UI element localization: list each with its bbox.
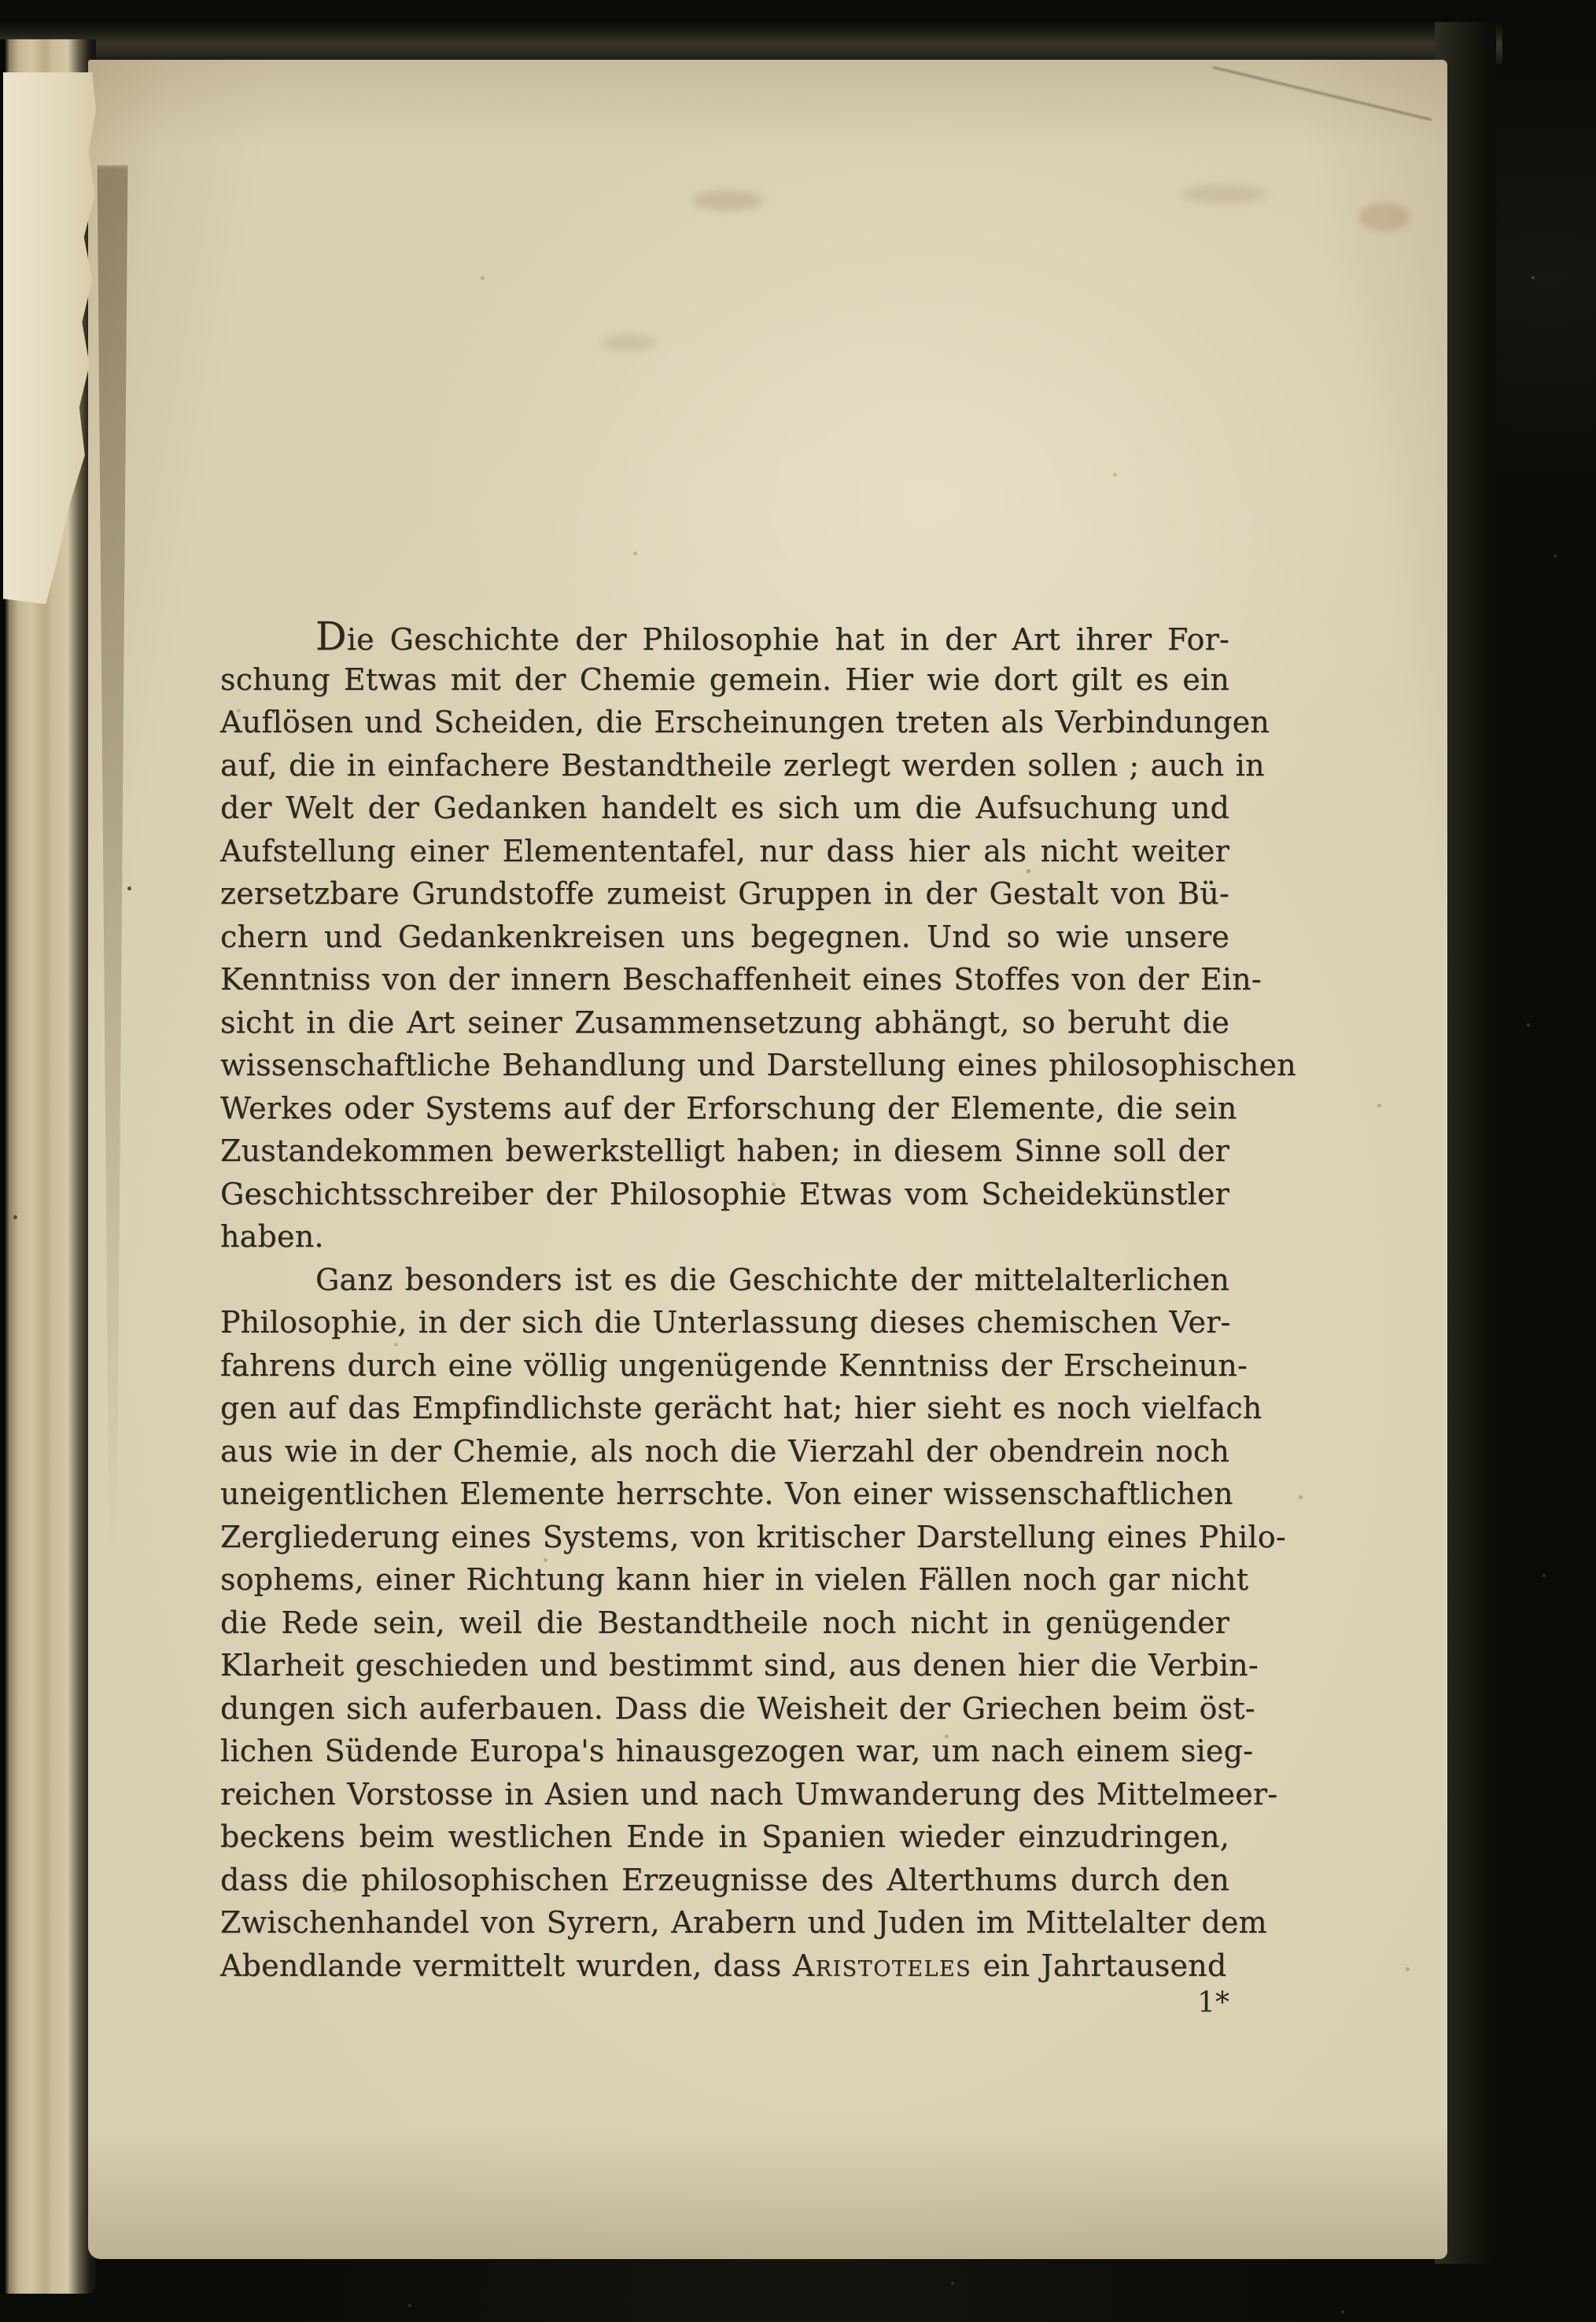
text-segment: Abendlande vermittelt wurden, dass (220, 1948, 793, 1983)
show-through-mark (692, 190, 763, 211)
text-segment: Ganz besonders ist es die Geschichte der… (315, 1262, 1229, 1297)
text-segment: gen auf das Empfindlichste gerächt hat; … (220, 1391, 1262, 1425)
text-line: beckens beim westlichen Ende in Spanien … (220, 1815, 1229, 1859)
text-segment: beckens beim westlichen Ende in Spanien … (220, 1819, 1229, 1854)
text-segment: Klarheit geschieden und bestimmt sind, a… (220, 1648, 1259, 1683)
text-segment: uneigentlichen Elemente herrschte. Von e… (220, 1476, 1233, 1511)
text-segment: chern und Gedankenkreisen uns begegnen. … (220, 920, 1229, 954)
text-segment: wissenschaftliche Behandlung und Darstel… (220, 1048, 1296, 1082)
text-line: wissenschaftliche Behandlung und Darstel… (220, 1044, 1229, 1087)
text-segment: fahrens durch eine völlig ungenügende Ke… (220, 1348, 1248, 1383)
text-segment: auf, die in einfachere Bestandtheile zer… (220, 748, 1265, 783)
text-segment: Die Geschichte der Philosophie hat in de… (315, 622, 1229, 657)
book-page: Die Geschichte der Philosophie hat in de… (88, 60, 1447, 2259)
signature-mark: 1* (220, 1982, 1332, 2025)
text-line: dass die philosophischen Erzeugnisse des… (220, 1859, 1229, 1902)
text-line: lichen Südende Europa's hinausgezogen wa… (220, 1730, 1229, 1773)
text-line: Die Geschichte der Philosophie hat in de… (220, 615, 1229, 658)
text-line: sophems, einer Richtung kann hier in vie… (220, 1558, 1229, 1601)
text-line: Zergliederung eines Systems, von kritisc… (220, 1516, 1229, 1559)
text-segment: Auflösen und Scheiden, die Erscheinungen… (220, 705, 1270, 739)
text-segment: schung Etwas mit der Chemie gemein. Hier… (220, 662, 1229, 697)
text-line: schung Etwas mit der Chemie gemein. Hier… (220, 658, 1229, 702)
book-scan: Die Geschichte der Philosophie hat in de… (0, 0, 1596, 2322)
text-line: die Rede sein, weil die Bestandtheile no… (220, 1601, 1229, 1645)
text-segment: Werkes oder Systems auf der Erforschung … (220, 1091, 1237, 1126)
text-line: reichen Vorstosse in Asien und nach Umwa… (220, 1773, 1229, 1816)
text-segment: Zwischenhandel von Syrern, Arabern und J… (220, 1905, 1267, 1940)
text-segment: lichen Südende Europa's hinausgezogen wa… (220, 1734, 1253, 1768)
text-line: der Welt der Gedanken handelt es sich um… (220, 787, 1229, 830)
backdrop-lint (0, 0, 2, 2)
text-segment: Philosophie, in der sich die Unterlassun… (220, 1305, 1231, 1340)
text-line: Werkes oder Systems auf der Erforschung … (220, 1087, 1229, 1130)
text-line: Zustandekommen bewerkstelligt haben; in … (220, 1130, 1229, 1173)
text-segment: Zustandekommen bewerkstelligt haben; in … (220, 1133, 1229, 1168)
text-segment: die Rede sein, weil die Bestandtheile no… (220, 1605, 1229, 1640)
text-segment: reichen Vorstosse in Asien und nach Umwa… (220, 1777, 1277, 1812)
paper-stain (1359, 203, 1410, 231)
text-line: Philosophie, in der sich die Unterlassun… (220, 1301, 1229, 1344)
text-segment: Zergliederung eines Systems, von kritisc… (220, 1520, 1286, 1554)
author-name-smallcaps: Aristoteles (793, 1948, 971, 1983)
text-segment: haben. (220, 1219, 324, 1254)
text-line: fahrens durch eine völlig ungenügende Ke… (220, 1344, 1229, 1388)
text-segment: Aufstellung einer Elemententafel, nur da… (220, 834, 1229, 868)
text-segment: Kenntniss von der innern Beschaffenheit … (220, 962, 1262, 997)
text-line: Zwischenhandel von Syrern, Arabern und J… (220, 1901, 1229, 1944)
text-line: uneigentlichen Elemente herrschte. Von e… (220, 1472, 1229, 1516)
text-line: gen auf das Empfindlichste gerächt hat; … (220, 1387, 1229, 1430)
text-line: Abendlande vermittelt wurden, dass Arist… (220, 1944, 1229, 1988)
text-segment: aus wie in der Chemie, als noch die Vier… (220, 1434, 1229, 1469)
show-through-mark (1180, 185, 1266, 204)
text-line: dungen sich auferbauen. Dass die Weishei… (220, 1687, 1229, 1730)
text-segment: sophems, einer Richtung kann hier in vie… (220, 1562, 1248, 1597)
text-segment: dungen sich auferbauen. Dass die Weishei… (220, 1691, 1255, 1726)
text-segment: sicht in die Art seiner Zusammensetzung … (220, 1005, 1229, 1040)
text-line: Aufstellung einer Elemententafel, nur da… (220, 830, 1229, 873)
text-line: Geschichtsschreiber der Philosophie Etwa… (220, 1173, 1229, 1216)
text-segment: der Welt der Gedanken handelt es sich um… (220, 791, 1229, 825)
text-segment: ein Jahrtausend (971, 1948, 1226, 1983)
text-line: Ganz besonders ist es die Geschichte der… (220, 1259, 1229, 1302)
book-cover-top-edge (0, 19, 1502, 64)
text-line: zersetzbare Grundstoffe zumeist Gruppen … (220, 872, 1229, 916)
text-segment: zersetzbare Grundstoffe zumeist Gruppen … (220, 876, 1229, 911)
text-segment: dass die philosophischen Erzeugnisse des… (220, 1863, 1229, 1897)
text-line: sicht in die Art seiner Zusammensetzung … (220, 1001, 1229, 1045)
text-line: Kenntniss von der innern Beschaffenheit … (220, 958, 1229, 1001)
text-line: haben. (220, 1215, 1229, 1259)
text-line: auf, die in einfachere Bestandtheile zer… (220, 744, 1229, 787)
text-line: Klarheit geschieden und bestimmt sind, a… (220, 1644, 1229, 1687)
show-through-mark (602, 334, 657, 352)
text-line: chern und Gedankenkreisen uns begegnen. … (220, 916, 1229, 959)
text-segment: Geschichtsschreiber der Philosophie Etwa… (220, 1177, 1229, 1211)
text-line: aus wie in der Chemie, als noch die Vier… (220, 1430, 1229, 1473)
text-line: Auflösen und Scheiden, die Erscheinungen… (220, 701, 1229, 744)
text-block: Die Geschichte der Philosophie hat in de… (220, 615, 1229, 1987)
